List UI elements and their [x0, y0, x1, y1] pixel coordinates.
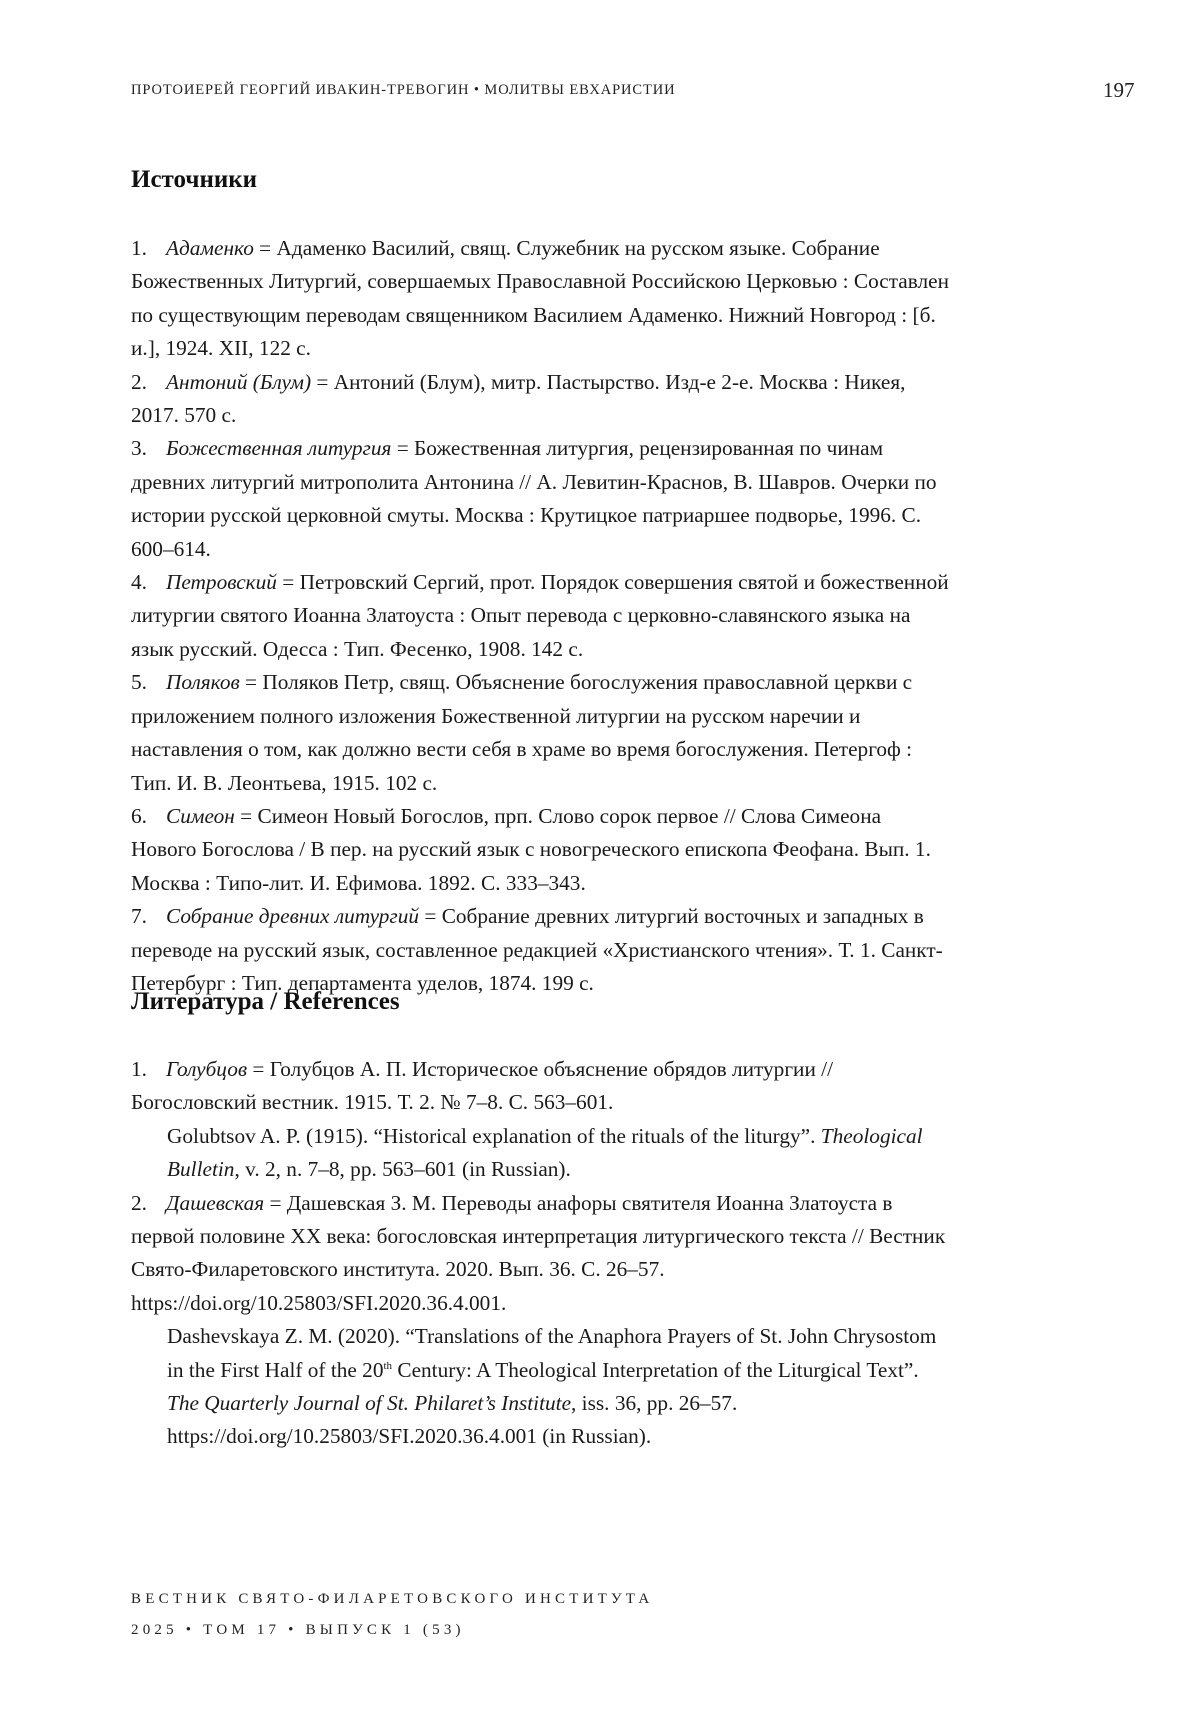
- reference-key: Дашевская: [166, 1191, 264, 1215]
- journal-name: Вестник Свято-Филаретовского института: [131, 1591, 653, 1608]
- reference-ru: 1.Голубцов = Голубцов А. П. Историческое…: [131, 1053, 951, 1120]
- reference-number: 5.: [131, 666, 166, 699]
- reference-en-text: Golubtsov A. P. (1915). “Historical expl…: [167, 1124, 821, 1148]
- sources-list: 1.Адаменко = Адаменко Василий, свящ. Слу…: [131, 232, 951, 1000]
- sources-heading: Источники: [131, 166, 257, 194]
- reference-text: = Поляков Петр, свящ. Объяснение богослу…: [131, 670, 912, 794]
- reference-ru: 2.Антоний (Блум) = Антоний (Блум), митр.…: [131, 366, 951, 433]
- reference-ru: 3.Божественная литургия = Божественная л…: [131, 432, 951, 566]
- reference-en-text: Century: A Theological Interpretation of…: [392, 1358, 919, 1382]
- reference-number: 4.: [131, 566, 166, 599]
- issue-info: 2025 • том 17 • выпуск 1 (53): [131, 1622, 465, 1639]
- reference-key: Поляков: [166, 670, 240, 694]
- reference-entry: 2.Дашевская = Дашевская З. М. Переводы а…: [131, 1187, 951, 1454]
- reference-number: 7.: [131, 900, 166, 933]
- reference-ru: 1.Адаменко = Адаменко Василий, свящ. Слу…: [131, 232, 951, 366]
- reference-en: Dashevskaya Z. M. (2020). “Translations …: [131, 1320, 951, 1454]
- reference-number: 6.: [131, 800, 166, 833]
- reference-ru: 6.Симеон = Симеон Новый Богослов, прп. С…: [131, 800, 951, 900]
- reference-number: 2.: [131, 1187, 166, 1220]
- reference-key: Собрание древних литургий: [166, 904, 419, 928]
- reference-key: Голубцов: [166, 1057, 247, 1081]
- reference-entry: 7.Собрание древних литургий = Собрание д…: [131, 900, 951, 1000]
- reference-number: 1.: [131, 232, 166, 265]
- reference-key: Петровский: [166, 570, 277, 594]
- reference-entry: 5.Поляков = Поляков Петр, свящ. Объяснен…: [131, 666, 951, 800]
- reference-ru: 4.Петровский = Петровский Сергий, прот. …: [131, 566, 951, 666]
- reference-number: 2.: [131, 366, 166, 399]
- superscript: th: [383, 1360, 392, 1372]
- reference-entry: 3.Божественная литургия = Божественная л…: [131, 432, 951, 566]
- reference-ru: 2.Дашевская = Дашевская З. М. Переводы а…: [131, 1187, 951, 1321]
- reference-number: 1.: [131, 1053, 166, 1086]
- reference-entry: 1.Голубцов = Голубцов А. П. Историческое…: [131, 1053, 951, 1187]
- reference-en-text: , v. 2, n. 7–8, pp. 563–601 (in Russian)…: [234, 1157, 570, 1181]
- reference-en: Golubtsov A. P. (1915). “Historical expl…: [131, 1120, 951, 1187]
- reference-entry: 1.Адаменко = Адаменко Василий, свящ. Слу…: [131, 232, 951, 366]
- reference-entry: 6.Симеон = Симеон Новый Богослов, прп. С…: [131, 800, 951, 900]
- references-heading: Литература / References: [131, 988, 400, 1016]
- reference-entry: 2.Антоний (Блум) = Антоний (Блум), митр.…: [131, 366, 951, 433]
- reference-key: Божественная литургия: [166, 436, 391, 460]
- reference-key: Антоний (Блум): [166, 370, 311, 394]
- reference-entry: 4.Петровский = Петровский Сергий, прот. …: [131, 566, 951, 666]
- reference-en-journal: The Quarterly Journal of St. Philaret’s …: [167, 1391, 571, 1415]
- reference-key: Симеон: [166, 804, 235, 828]
- reference-key: Адаменко: [166, 236, 254, 260]
- reference-text: = Адаменко Василий, свящ. Служебник на р…: [131, 236, 949, 360]
- page-number: 197: [1103, 78, 1135, 103]
- reference-number: 3.: [131, 432, 166, 465]
- reference-text: = Симеон Новый Богослов, прп. Слово соро…: [131, 804, 931, 895]
- reference-ru: 5.Поляков = Поляков Петр, свящ. Объяснен…: [131, 666, 951, 800]
- reference-ru: 7.Собрание древних литургий = Собрание д…: [131, 900, 951, 1000]
- running-head: Протоиерей Георгий Ивакин-Тревогин • Мол…: [131, 82, 675, 99]
- references-list: 1.Голубцов = Голубцов А. П. Историческое…: [131, 1053, 951, 1454]
